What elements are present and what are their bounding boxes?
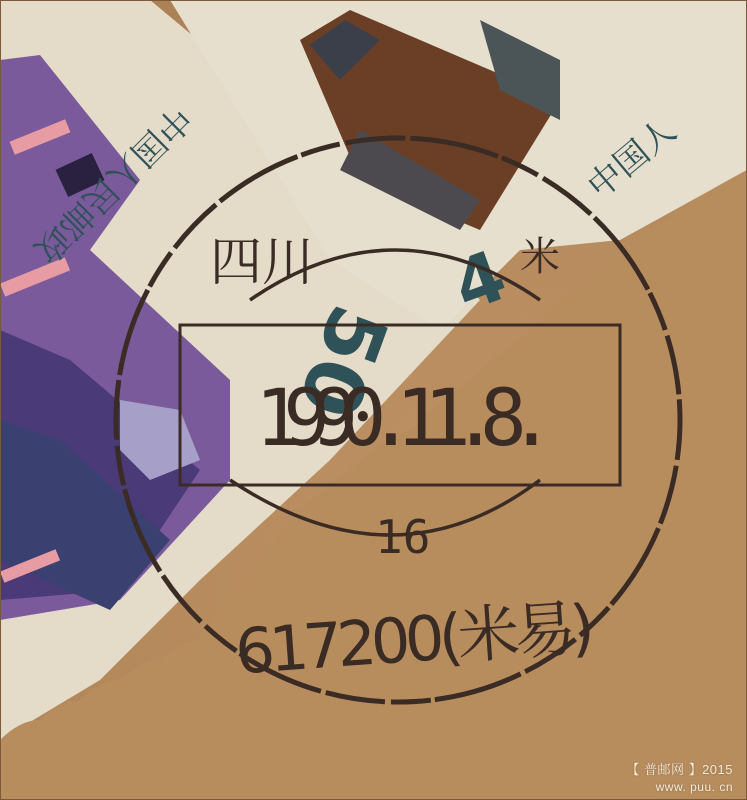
postmark-date: 1990.11.8. (255, 374, 555, 464)
watermark-url: www. puu. cn (656, 780, 733, 794)
stamp-photo: 中国人民邮政 中国人 50 4 四川 米 1990.11.8. 16 61720… (0, 0, 747, 800)
watermark-site-name: 【 普邮网 】2015 (626, 759, 733, 778)
postmark-hour: 16 (375, 510, 430, 564)
postmark-text-layer: 1990.11.8. 16 617200(米易) (0, 0, 747, 800)
postmark-bottom: 617200(米易) (233, 590, 597, 688)
